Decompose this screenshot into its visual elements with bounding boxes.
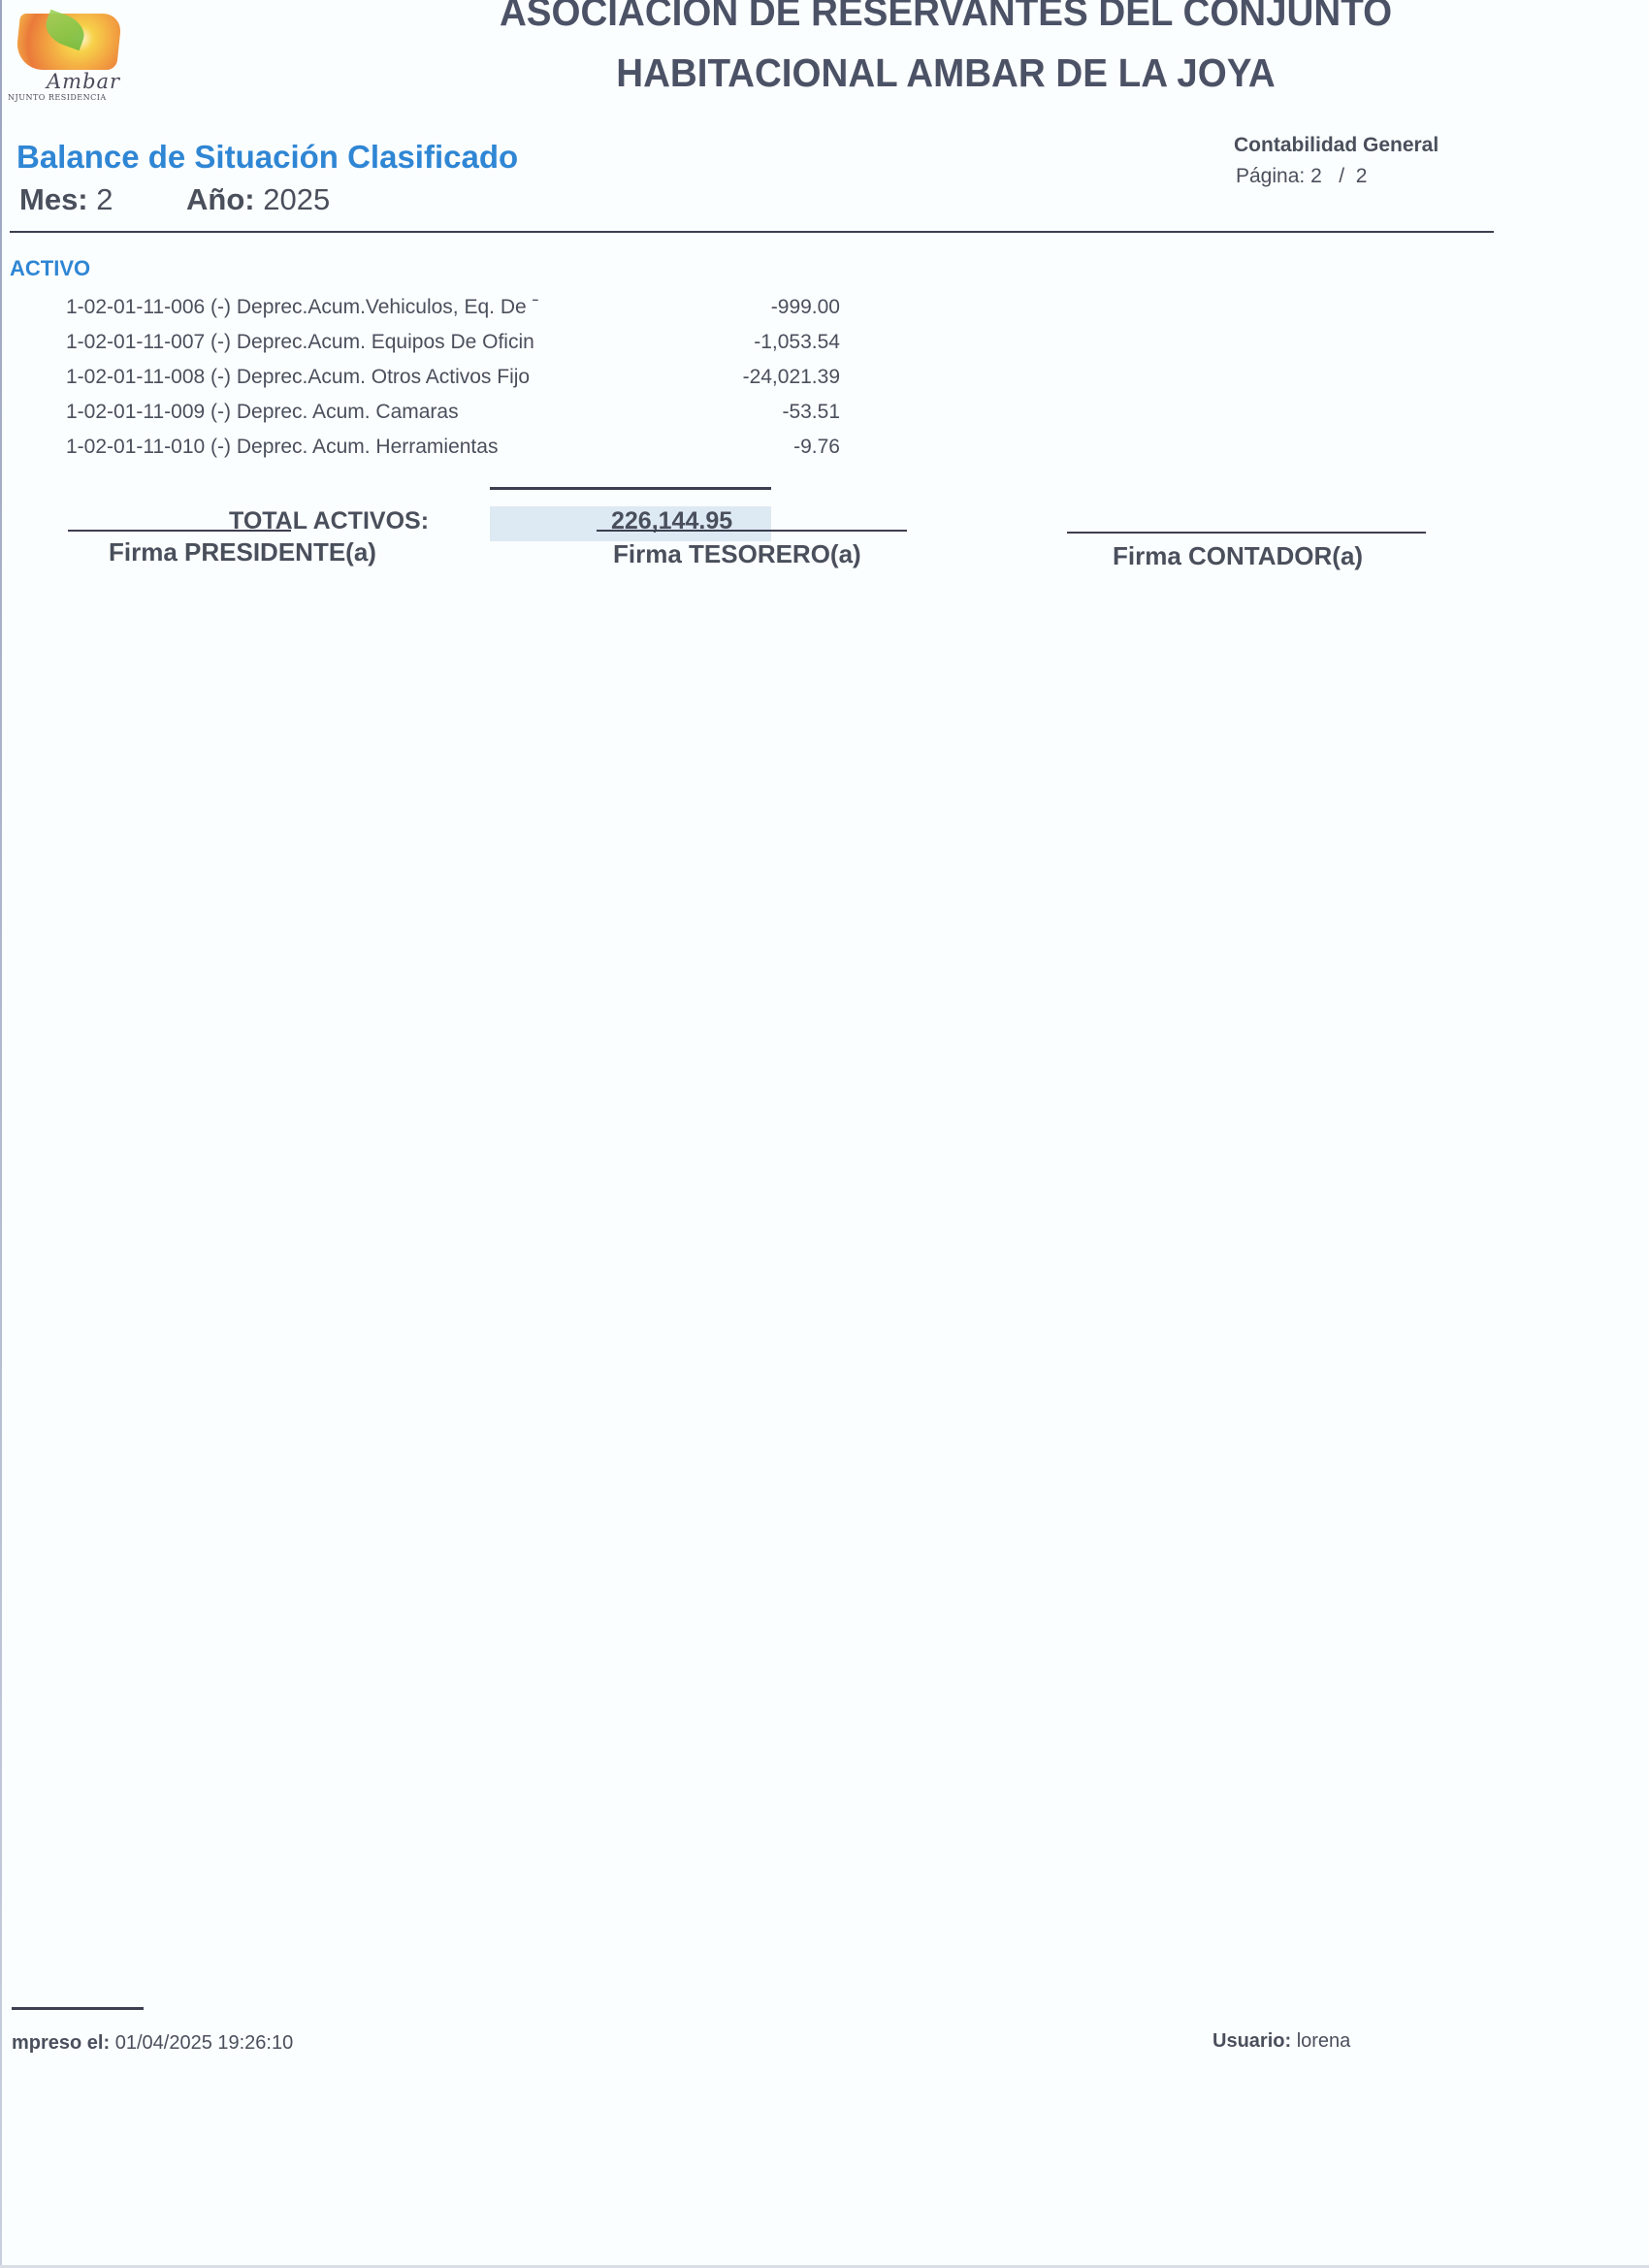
month-field: Mes: 2 xyxy=(19,182,113,217)
department-label: Contabilidad General xyxy=(1234,134,1439,157)
subtotal-rule xyxy=(490,487,771,490)
account-name: 1-02-01-11-007 (-) Deprec.Acum. Equipos … xyxy=(66,331,534,354)
account-row: 1-02-01-11-006 (-) Deprec.Acum.Vehiculos… xyxy=(66,294,784,329)
ambar-logo: Ambar NJUNTO RESIDENCIA xyxy=(8,12,144,99)
user-field: Usuario: lorena xyxy=(1212,2030,1350,2053)
logo-name: Ambar xyxy=(47,70,120,93)
account-row: 1-02-01-11-008 (-) Deprec.Acum. Otros Ac… xyxy=(66,364,784,399)
account-name: 1-02-01-11-009 (-) Deprec. Acum. Camaras xyxy=(66,401,459,424)
account-row: 1-02-01-11-007 (-) Deprec.Acum. Equipos … xyxy=(66,329,784,364)
report-title: Balance de Situación Clasificado xyxy=(16,139,518,176)
account-name: 1-02-01-11-006 (-) Deprec.Acum.Vehiculos… xyxy=(66,296,539,319)
organization-name-line2: HABITACIONAL AMBAR DE LA JOYA xyxy=(422,53,1471,93)
page-total: 2 xyxy=(1356,165,1368,187)
section-title: ACTIVO xyxy=(10,256,90,281)
account-amount: -9.76 xyxy=(793,436,840,459)
year-field: Año: 2025 xyxy=(186,182,330,217)
year-label: Año: xyxy=(186,182,255,216)
account-amount: -1,053.54 xyxy=(754,331,840,354)
footer-divider xyxy=(12,2007,144,2010)
account-row: 1-02-01-11-009 (-) Deprec. Acum. Camaras… xyxy=(66,399,784,434)
printed-value: 01/04/2025 19:26:10 xyxy=(115,2032,294,2054)
month-value: 2 xyxy=(96,182,113,216)
page-current: 2 xyxy=(1310,165,1322,187)
account-amount: -24,021.39 xyxy=(743,366,840,389)
page-edge xyxy=(0,0,2,2268)
account-name: 1-02-01-11-010 (-) Deprec. Acum. Herrami… xyxy=(66,436,498,459)
account-row: 1-02-01-11-010 (-) Deprec. Acum. Herrami… xyxy=(66,434,784,469)
page-label: Página: xyxy=(1236,165,1305,187)
page-indicator: Página: 2 / 2 xyxy=(1236,165,1367,188)
year-value: 2025 xyxy=(263,182,330,216)
signature-label-treasurer: Firma TESORERO(a) xyxy=(613,539,861,569)
user-value: lorena xyxy=(1297,2030,1351,2052)
header-divider xyxy=(10,231,1494,233)
organization-name-line1: ASOCIACION DE RESERVANTES DEL CONJUNTO xyxy=(422,0,1471,32)
account-name: 1-02-01-11-008 (-) Deprec.Acum. Otros Ac… xyxy=(66,366,530,389)
account-list: 1-02-01-11-006 (-) Deprec.Acum.Vehiculos… xyxy=(66,294,784,469)
user-label: Usuario: xyxy=(1212,2030,1291,2052)
account-amount: -999.00 xyxy=(771,296,840,319)
signature-line-accountant xyxy=(1067,532,1426,534)
signature-label-accountant: Firma CONTADOR(a) xyxy=(1113,541,1363,571)
month-label: Mes: xyxy=(19,182,88,216)
signature-label-president: Firma PRESIDENTE(a) xyxy=(109,537,376,567)
signature-line-treasurer xyxy=(597,530,907,532)
logo-subtitle: NJUNTO RESIDENCIA xyxy=(8,93,107,102)
printed-label: mpreso el: xyxy=(12,2032,110,2054)
printed-timestamp: mpreso el: 01/04/2025 19:26:10 xyxy=(12,2032,293,2055)
signature-line-president xyxy=(68,530,291,532)
account-amount: -53.51 xyxy=(782,401,840,424)
